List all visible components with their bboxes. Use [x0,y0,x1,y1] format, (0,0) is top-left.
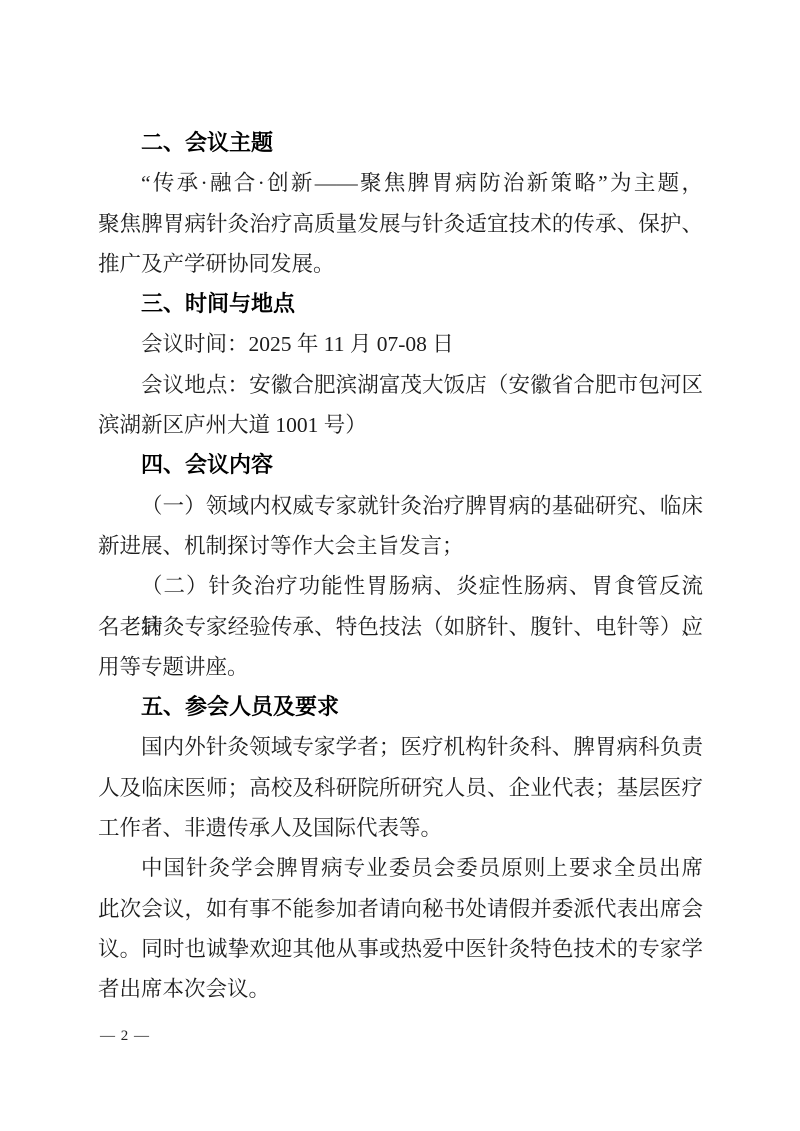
text-line: 推广及产学研协同发展。 [98,244,703,284]
document-page: 二、会议主题 “传承·融合·创新——聚焦脾胃病防治新策略”为主题， 聚焦脾胃病针… [0,0,800,1131]
section-heading-agenda: 四、会议内容 [98,445,703,485]
document-body: 二、会议主题 “传承·融合·创新——聚焦脾胃病防治新策略”为主题， 聚焦脾胃病针… [98,123,703,1010]
section-heading-participants: 五、参会人员及要求 [98,687,703,727]
text-line: 人及临床医师；高校及科研院所研究人员、企业代表；基层医疗 [98,768,703,808]
text-line: （二）针灸治疗功能性胃肠病、炎症性肠病、胃食管反流病、 [98,566,703,606]
text-line: 中国针灸学会脾胃病专业委员会委员原则上要求全员出席 [98,848,703,888]
text-line-meeting-time: 会议时间：2025 年 11 月 07-08 日 [98,324,703,364]
text-line: （一）领域内权威专家就针灸治疗脾胃病的基础研究、临床 [98,486,703,526]
text-line: 议。同时也诚挚欢迎其他从事或热爱中医针灸特色技术的专家学 [98,929,703,969]
text-line: 滨湖新区庐州大道 1001 号） [98,405,703,445]
text-line: 名老针灸专家经验传承、特色技法（如脐针、腹针、电针等）应 [98,607,703,647]
section-heading-topic: 二、会议主题 [98,123,703,163]
text-line: “传承·融合·创新——聚焦脾胃病防治新策略”为主题， [98,163,703,203]
text-line: 国内外针灸领域专家学者；医疗机构针灸科、脾胃病科负责 [98,727,703,767]
text-line: 工作者、非遗传承人及国际代表等。 [98,808,703,848]
text-line: 用等专题讲座。 [98,647,703,687]
text-line: 者出席本次会议。 [98,969,703,1009]
section-heading-time-place: 三、时间与地点 [98,284,703,324]
page-number: — 2 — [100,1026,150,1046]
text-line: 新进展、机制探讨等作大会主旨发言； [98,526,703,566]
text-line: 聚焦脾胃病针灸治疗高质量发展与针灸适宜技术的传承、保护、 [98,204,703,244]
text-line: 此次会议，如有事不能参加者请向秘书处请假并委派代表出席会 [98,889,703,929]
text-line-meeting-place: 会议地点：安徽合肥滨湖富茂大饭店（安徽省合肥市包河区 [98,365,703,405]
